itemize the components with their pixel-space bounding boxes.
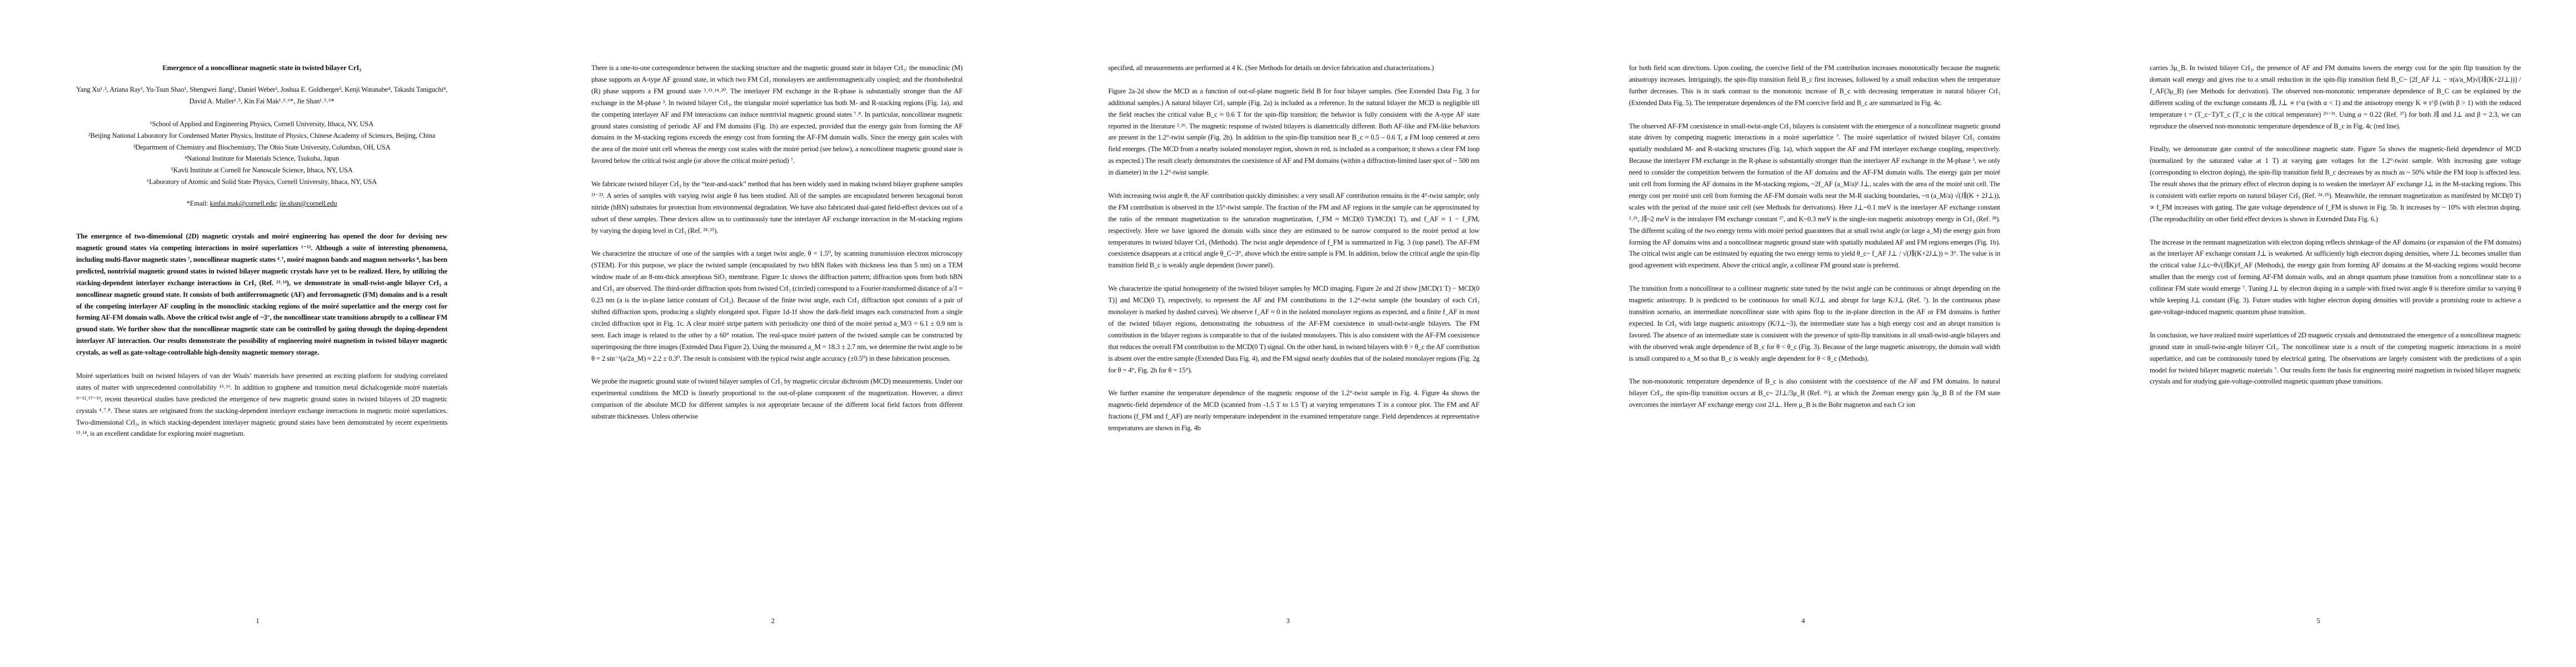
page-5-content: carries 3μ_B. In twisted bilayer CrI₃, t… (2150, 62, 2521, 399)
contact-email: *Email: kinfai.mak@cornell.edu; jie.shan… (76, 198, 447, 210)
paragraph: Finally, we demonstrate gate control of … (2150, 143, 2521, 225)
paragraph: We further examine the temperature depen… (1108, 387, 1479, 434)
paragraph: The non-monotonic temperature dependence… (1629, 376, 2000, 411)
paragraph: We characterize the structure of one of … (591, 248, 963, 364)
paragraph: There is a one-to-one correspondence bet… (591, 62, 963, 167)
paragraph: Figure 2a-2d show the MCD as a function … (1108, 86, 1479, 178)
paragraph: specified, all measurements are performe… (1108, 62, 1479, 74)
paragraph: for both field scan directions. Upon coo… (1629, 62, 2000, 109)
paragraph: carries 3μ_B. In twisted bilayer CrI₃, t… (2150, 62, 2521, 132)
paragraph: The observed AF-FM coexistence in small-… (1629, 121, 2000, 272)
page-5: carries 3μ_B. In twisted bilayer CrI₃, t… (2061, 0, 2576, 667)
affiliations: ¹School of Applied and Engineering Physi… (76, 118, 447, 188)
page-4: for both field scan directions. Upon coo… (1546, 0, 2061, 667)
page-1: Emergence of a noncollinear magnetic sta… (0, 0, 515, 667)
page-number: 2 (515, 617, 1030, 625)
paragraph: In conclusion, we have realized moiré su… (2150, 330, 2521, 388)
email-label: *Email: (187, 200, 210, 207)
affiliation-5: ⁵Kavli Institute at Cornell for Nanoscal… (76, 165, 447, 176)
abstract: The emergence of two-dimensional (2D) ma… (76, 231, 447, 359)
page-2-content: There is a one-to-one correspondence bet… (591, 62, 963, 434)
paragraph: The increase in the remnant magnetizatio… (2150, 237, 2521, 318)
page-4-content: for both field scan directions. Upon coo… (1629, 62, 2000, 422)
paragraph: With increasing twist angle θ, the AF co… (1108, 190, 1479, 271)
document-viewer: Emergence of a noncollinear magnetic sta… (0, 0, 2576, 667)
paragraph: We fabricate twisted bilayer CrI₃ by the… (591, 178, 963, 237)
page-2: There is a one-to-one correspondence bet… (515, 0, 1030, 667)
page-number: 5 (2061, 617, 2576, 625)
page-number: 4 (1546, 617, 2061, 625)
affiliation-3: ³Department of Chemistry and Biochemistr… (76, 142, 447, 153)
affiliation-4: ⁴National Institute for Materials Scienc… (76, 153, 447, 165)
paragraph: We characterize the spatial homogeneity … (1108, 283, 1479, 376)
page-3: specified, all measurements are performe… (1030, 0, 1546, 667)
paragraph: We probe the magnetic ground state of tw… (591, 376, 963, 422)
affiliation-6: ⁶Laboratory of Atomic and Solid State Ph… (76, 176, 447, 188)
page-number: 3 (1030, 617, 1546, 625)
page-number: 1 (0, 617, 515, 625)
email-link-shan[interactable]: jie.shan@cornell.edu (280, 200, 337, 207)
email-link-mak[interactable]: kinfai.mak@cornell.edu (210, 200, 276, 207)
author-list: Yang Xu¹˒², Ariana Ray¹, Yu-Tsun Shao¹, … (76, 84, 447, 107)
paragraph: The transition from a noncollinear to a … (1629, 283, 2000, 364)
paragraph: Moiré superlattices built on twisted bil… (76, 370, 447, 440)
page-1-content: Emergence of a noncollinear magnetic sta… (76, 62, 447, 451)
affiliation-1: ¹School of Applied and Engineering Physi… (76, 118, 447, 130)
page-3-content: specified, all measurements are performe… (1108, 62, 1479, 446)
paper-title: Emergence of a noncollinear magnetic sta… (76, 62, 447, 74)
affiliation-2: ²Beijing National Laboratory for Condens… (76, 130, 447, 142)
